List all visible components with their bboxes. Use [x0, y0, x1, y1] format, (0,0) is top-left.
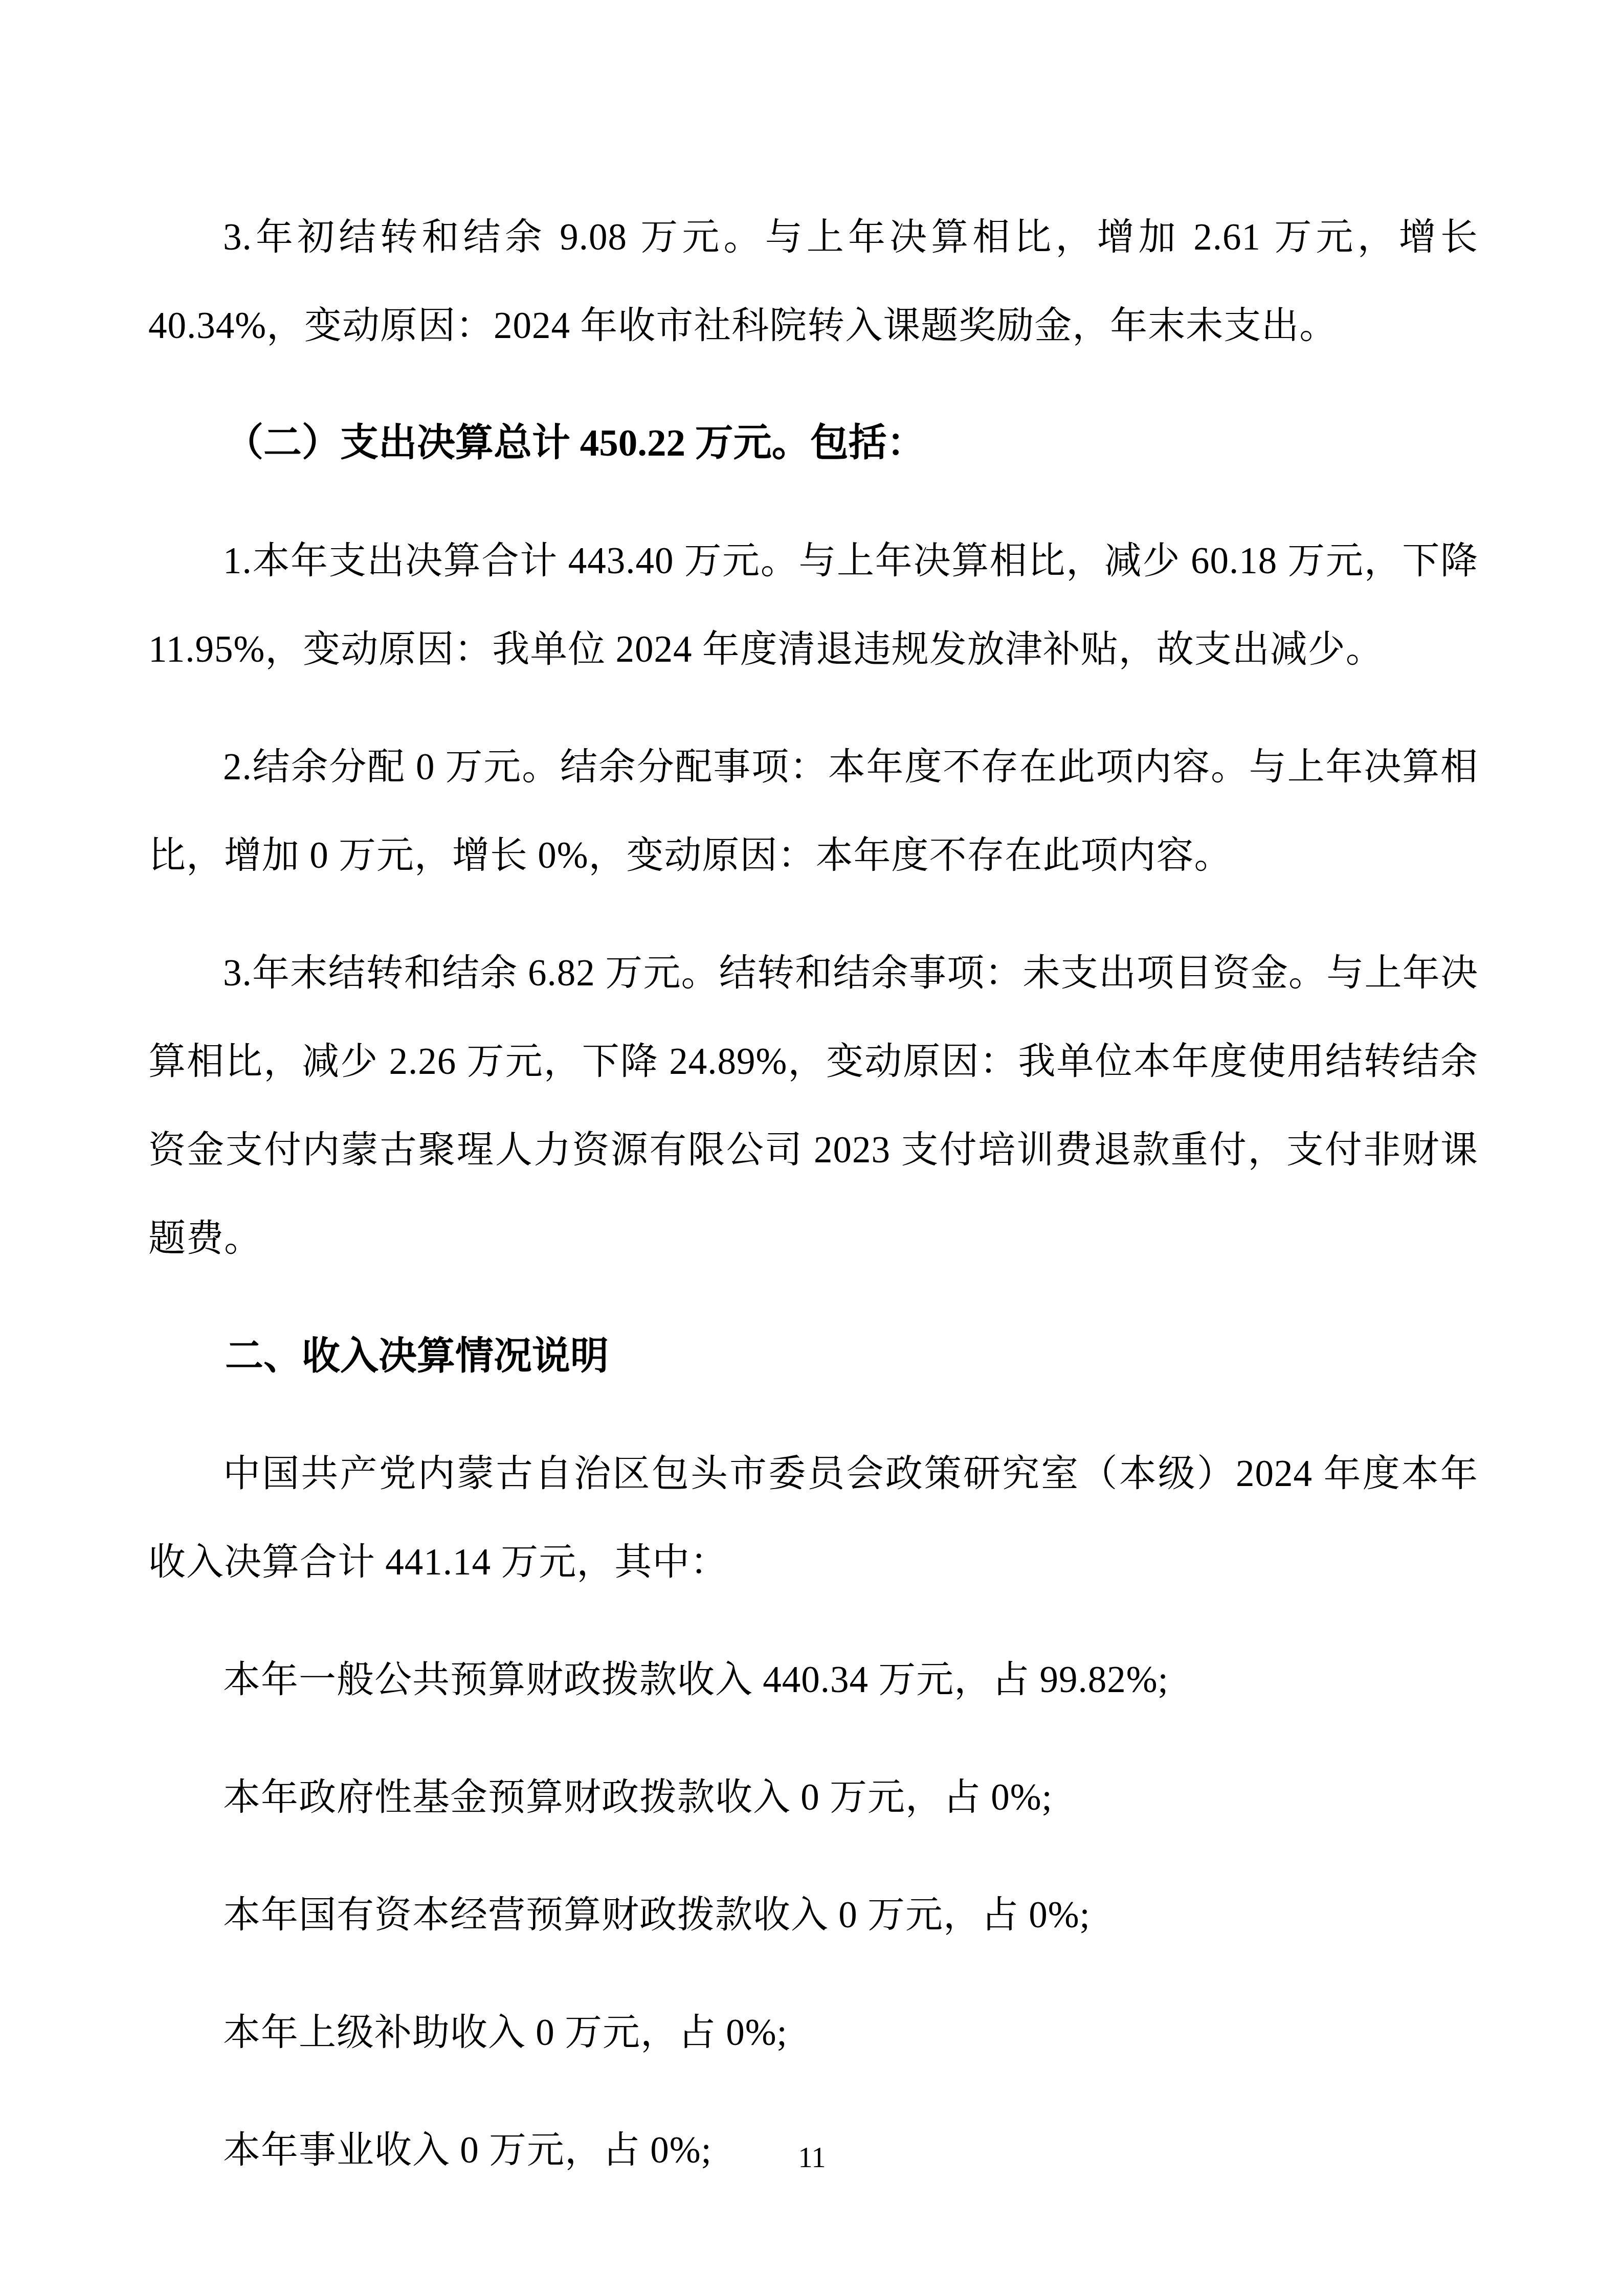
paragraph-carryover-beginning-of-year: 3.年初结转和结余 9.08 万元。与上年决算相比，增加 2.61 万元，增长 …	[148, 193, 1478, 370]
line-government-fund-budget-revenue: 本年政府性基金预算财政拨款收入 0 万元，占 0%;	[148, 1753, 1478, 1841]
line-general-public-budget-revenue: 本年一般公共预算财政拨款收入 440.34 万元，占 99.82%;	[148, 1635, 1478, 1724]
document-body: 3.年初结转和结余 9.08 万元。与上年决算相比，增加 2.61 万元，增长 …	[148, 0, 1478, 2223]
heading-expenditure-total: （二）支出决算总计 450.22 万元。包括：	[148, 399, 1478, 487]
line-state-capital-budget-revenue: 本年国有资本经营预算财政拨款收入 0 万元，占 0%;	[148, 1871, 1478, 1959]
paragraph-yearend-carryover: 3.年末结转和结余 6.82 万元。结转和结余事项：未支出项目资金。与上年决算相…	[148, 929, 1478, 1282]
line-superior-subsidy-revenue: 本年上级补助收入 0 万元，占 0%;	[148, 1988, 1478, 2077]
paragraph-revenue-overview: 中国共产党内蒙古自治区包头市委员会政策研究室（本级）2024 年度本年收入决算合…	[148, 1429, 1478, 1606]
heading-revenue-section: 二、收入决算情况说明	[148, 1312, 1478, 1400]
page-number: 11	[0, 2140, 1624, 2176]
paragraph-annual-expenditure: 1.本年支出决算合计 443.40 万元。与上年决算相比，减少 60.18 万元…	[148, 516, 1478, 693]
paragraph-surplus-distribution: 2.结余分配 0 万元。结余分配事项：本年度不存在此项内容。与上年决算相比，增加…	[148, 723, 1478, 899]
